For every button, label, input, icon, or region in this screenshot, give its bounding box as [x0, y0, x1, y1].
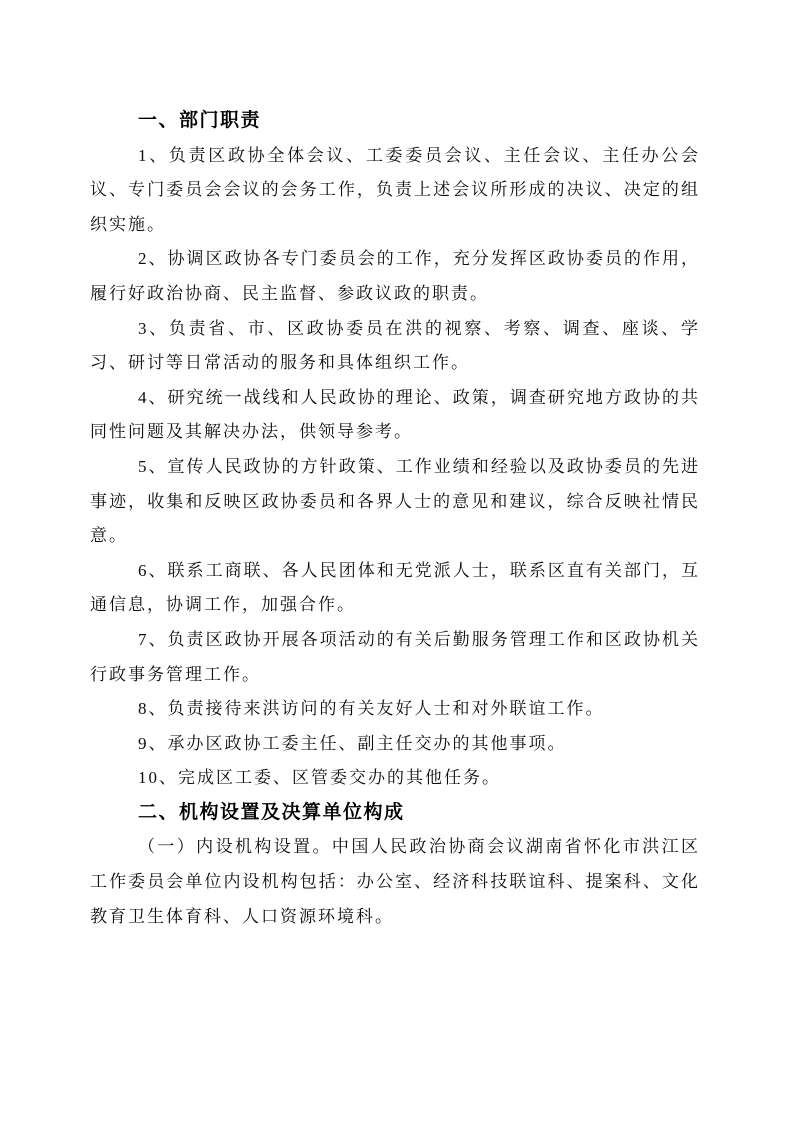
paragraph-duty-1: 1、负责区政协全体会议、工委委员会议、主任会议、主任办公会议、专门委员会会议的会… [90, 139, 700, 243]
paragraph-duty-8: 8、负责接待来洪访问的有关友好人士和对外联谊工作。 [90, 692, 700, 727]
document-page: 一、部门职责 1、负责区政协全体会议、工委委员会议、主任会议、主任办公会议、专门… [0, 0, 793, 1122]
paragraph-internal-orgs: （一）内设机构设置。中国人民政治协商会议湖南省怀化市洪江区工作委员会单位内设机构… [90, 830, 700, 934]
section-heading-2: 二、机构设置及决算单位构成 [90, 796, 700, 831]
paragraph-duty-6: 6、联系工商联、各人民团体和无党派人士，联系区直有关部门，互通信息，协调工作，加… [90, 554, 700, 623]
paragraph-duty-9: 9、承办区政协工委主任、副主任交办的其他事项。 [90, 727, 700, 762]
section-heading-1: 一、部门职责 [90, 104, 700, 139]
section-department-duties: 一、部门职责 1、负责区政协全体会议、工委委员会议、主任会议、主任办公会议、专门… [90, 104, 700, 796]
document-body: 一、部门职责 1、负责区政协全体会议、工委委员会议、主任会议、主任办公会议、专门… [90, 104, 700, 934]
paragraph-duty-10: 10、完成区工委、区管委交办的其他任务。 [90, 761, 700, 796]
paragraph-duty-7: 7、负责区政协开展各项活动的有关后勤服务管理工作和区政协机关行政事务管理工作。 [90, 623, 700, 692]
paragraph-duty-3: 3、负责省、市、区政协委员在洪的视察、考察、调查、座谈、学习、研讨等日常活动的服… [90, 312, 700, 381]
paragraph-duty-4: 4、研究统一战线和人民政协的理论、政策，调查研究地方政协的共同性问题及其解决办法… [90, 381, 700, 450]
paragraph-duty-5: 5、宣传人民政协的方针政策、工作业绩和经验以及政协委员的先进事迹，收集和反映区政… [90, 450, 700, 554]
section-org-structure: 二、机构设置及决算单位构成 （一）内设机构设置。中国人民政治协商会议湖南省怀化市… [90, 796, 700, 934]
paragraph-duty-2: 2、协调区政协各专门委员会的工作，充分发挥区政协委员的作用，履行好政治协商、民主… [90, 242, 700, 311]
